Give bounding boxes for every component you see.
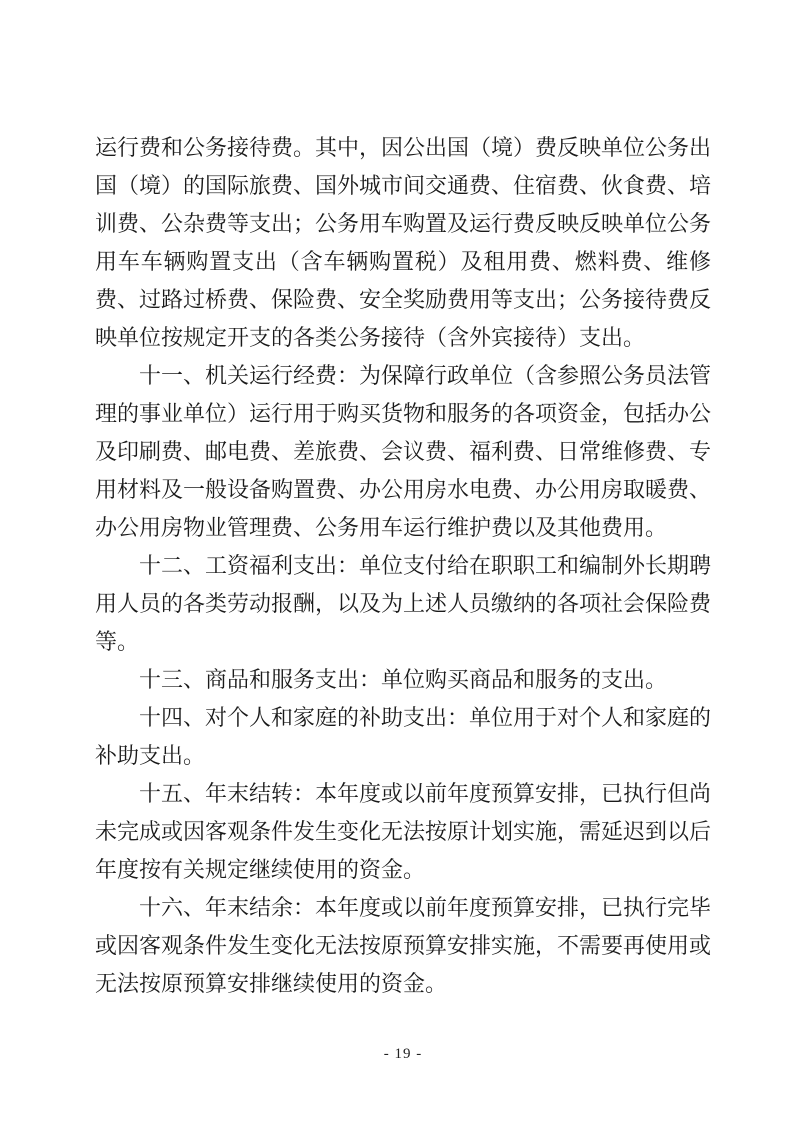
paragraph-item-16: 十六、年末结余：本年度或以前年度预算安排，已执行完毕或因客观条件发生变化无法按原…	[95, 889, 711, 1003]
document-body: 运行费和公务接待费。其中，因公出国（境）费反映单位公务出国（境）的国际旅费、国外…	[95, 129, 711, 1003]
page-number: - 19 -	[95, 1046, 711, 1063]
document-page: 运行费和公务接待费。其中，因公出国（境）费反映单位公务出国（境）的国际旅费、国外…	[0, 0, 800, 1131]
paragraph-item-11: 十一、机关运行经费：为保障行政单位（含参照公务员法管理的事业单位）运行用于购买货…	[95, 357, 711, 547]
paragraph-item-12: 十二、工资福利支出：单位支付给在职职工和编制外长期聘用人员的各类劳动报酬，以及为…	[95, 547, 711, 661]
paragraph-item-14: 十四、对个人和家庭的补助支出：单位用于对个人和家庭的补助支出。	[95, 699, 711, 775]
paragraph-item-13: 十三、商品和服务支出：单位购买商品和服务的支出。	[95, 661, 711, 699]
paragraph-item-15: 十五、年末结转：本年度或以前年度预算安排，已执行但尚未完成或因客观条件发生变化无…	[95, 775, 711, 889]
paragraph-continuation: 运行费和公务接待费。其中，因公出国（境）费反映单位公务出国（境）的国际旅费、国外…	[95, 129, 711, 357]
